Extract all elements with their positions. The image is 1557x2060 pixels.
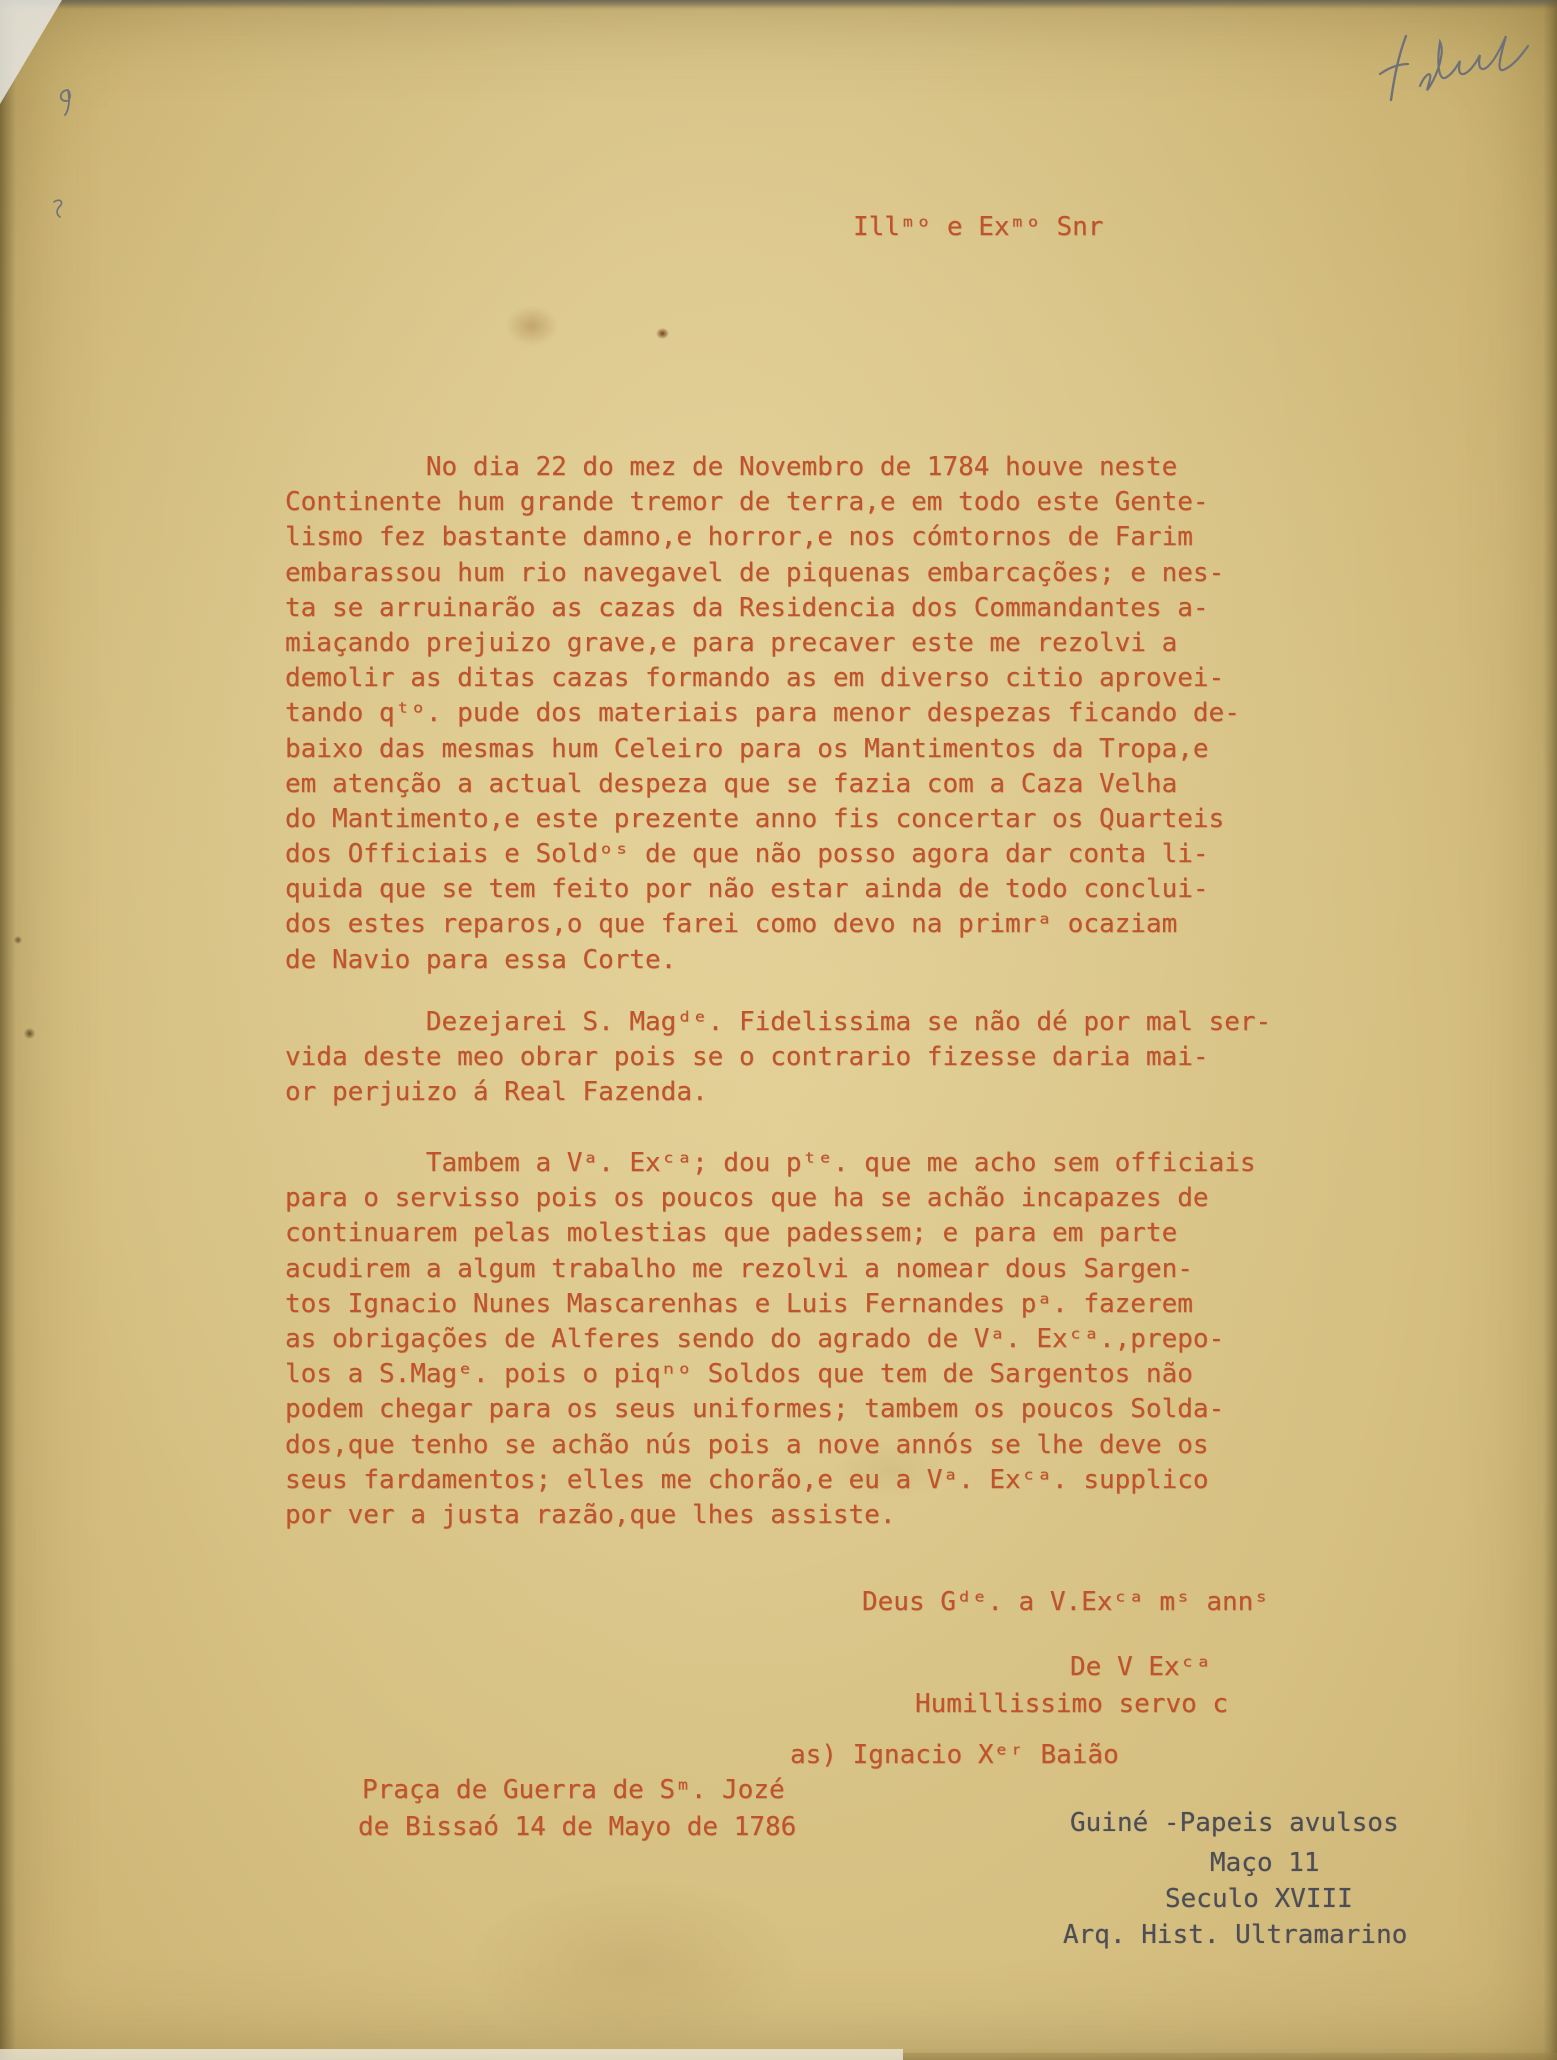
- paragraph-royal-service: Dezejarei S. Magᵈᵉ. Fidelissima se não d…: [285, 1005, 1271, 1111]
- text-line: Tambem a Vᵃ. Exᶜᵃ; dou pᵗᵉ. que me acho …: [285, 1146, 1256, 1181]
- text-line: do Mantimento,e este prezente anno fis c…: [285, 802, 1240, 837]
- pin-hole: [24, 1028, 35, 1039]
- scan-edge-left: [0, 0, 16, 2060]
- text-line: por ver a justa razão,que lhes assiste.: [285, 1498, 1256, 1533]
- salutation-line: Illᵐᵒ e Exᵐᵒ Snr: [853, 210, 1103, 245]
- text-line: em atenção a actual despeza que se fazia…: [285, 767, 1240, 802]
- paragraph-officers-request: Tambem a Vᵃ. Exᶜᵃ; dou pᵗᵉ. que me acho …: [285, 1146, 1256, 1533]
- pencil-mark: [48, 196, 70, 222]
- text-line: vida deste meo obrar pois se o contrario…: [285, 1040, 1271, 1075]
- ink-stain: [656, 328, 669, 339]
- scan-edge-top: [0, 0, 1557, 9]
- text-line: dos Officiais e Soldᵒˢ de que não posso …: [285, 837, 1240, 872]
- text-line: continuarem pelas molestias que padessem…: [285, 1216, 1256, 1251]
- signature-line: as) Ignacio Xᵉʳ Baião: [790, 1738, 1119, 1773]
- text-line: para o servisso pois os poucos que ha se…: [285, 1181, 1256, 1216]
- text-line: Dezejarei S. Magᵈᵉ. Fidelissima se não d…: [285, 1005, 1271, 1040]
- archive-stamp-century: Seculo XVIII: [1165, 1882, 1353, 1917]
- text-line: seus fardamentos; elles me chorão,e eu a…: [285, 1463, 1256, 1498]
- text-line: baixo das mesmas hum Celeiro para os Man…: [285, 732, 1240, 767]
- place-line: Praça de Guerra de Sᵐ. Jozé: [362, 1773, 785, 1808]
- archive-stamp-institution: Arq. Hist. Ultramarino: [1063, 1918, 1407, 1953]
- text-line: de Navio para essa Corte.: [285, 943, 1240, 978]
- paper-smudge: [470, 1880, 800, 2050]
- text-line: acudirem a algum trabalho me rezolvi a n…: [285, 1252, 1256, 1287]
- text-line: quida que se tem feito por não estar ain…: [285, 872, 1240, 907]
- text-line: dos estes reparos,o que farei como devo …: [285, 907, 1240, 942]
- handwritten-signature: [1372, 22, 1550, 112]
- text-line: as obrigações de Alferes sendo do agrado…: [285, 1322, 1256, 1357]
- archive-stamp-collection: Guiné -Papeis avulsos: [1070, 1806, 1399, 1841]
- pencil-mark: [52, 86, 78, 118]
- text-line: miaçando prejuizo grave,e para precaver …: [285, 626, 1240, 661]
- paragraph-earthquake: No dia 22 do mez de Novembro de 1784 hou…: [285, 450, 1240, 978]
- from-line: De V Exᶜᵃ: [1070, 1650, 1211, 1685]
- paper-stain: [506, 306, 558, 346]
- text-line: los a S.Magᵉ. pois o piqⁿᵒ Soldos que te…: [285, 1357, 1256, 1392]
- text-line: tando qᵗᵒ. pude dos materiais para menor…: [285, 696, 1240, 731]
- text-line: No dia 22 do mez de Novembro de 1784 hou…: [285, 450, 1240, 485]
- text-line: podem chegar para os seus uniformes; tam…: [285, 1392, 1256, 1427]
- text-line: demolir as ditas cazas formando as em di…: [285, 661, 1240, 696]
- text-line: lismo fez bastante damno,e horror,e nos …: [285, 520, 1240, 555]
- scan-edge-right: [1543, 0, 1557, 2060]
- servant-line: Humillissimo servo c: [915, 1687, 1228, 1722]
- scan-bottom-shadow: [903, 2053, 1557, 2060]
- archive-stamp-bundle: Maço 11: [1210, 1846, 1320, 1881]
- text-line: ta se arruinarão as cazas da Residencia …: [285, 591, 1240, 626]
- scan-bottom-strip: [0, 2049, 903, 2060]
- text-line: embarassou hum rio navegavel de piquenas…: [285, 556, 1240, 591]
- text-line: tos Ignacio Nunes Mascarenhas e Luis Fer…: [285, 1287, 1256, 1322]
- text-line: Continente hum grande tremor de terra,e …: [285, 485, 1240, 520]
- letter-scan-page: Illᵐᵒ e Exᵐᵒ Snr No dia 22 do mez de Nov…: [0, 0, 1557, 2060]
- text-line: or perjuizo á Real Fazenda.: [285, 1075, 1271, 1110]
- date-line: de Bissaó 14 de Mayo de 1786: [358, 1810, 796, 1845]
- valediction-line: Deus Gᵈᵉ. a V.Exᶜᵃ mˢ annˢ: [862, 1585, 1269, 1620]
- text-line: dos,que tenho se achão nús pois a nove a…: [285, 1428, 1256, 1463]
